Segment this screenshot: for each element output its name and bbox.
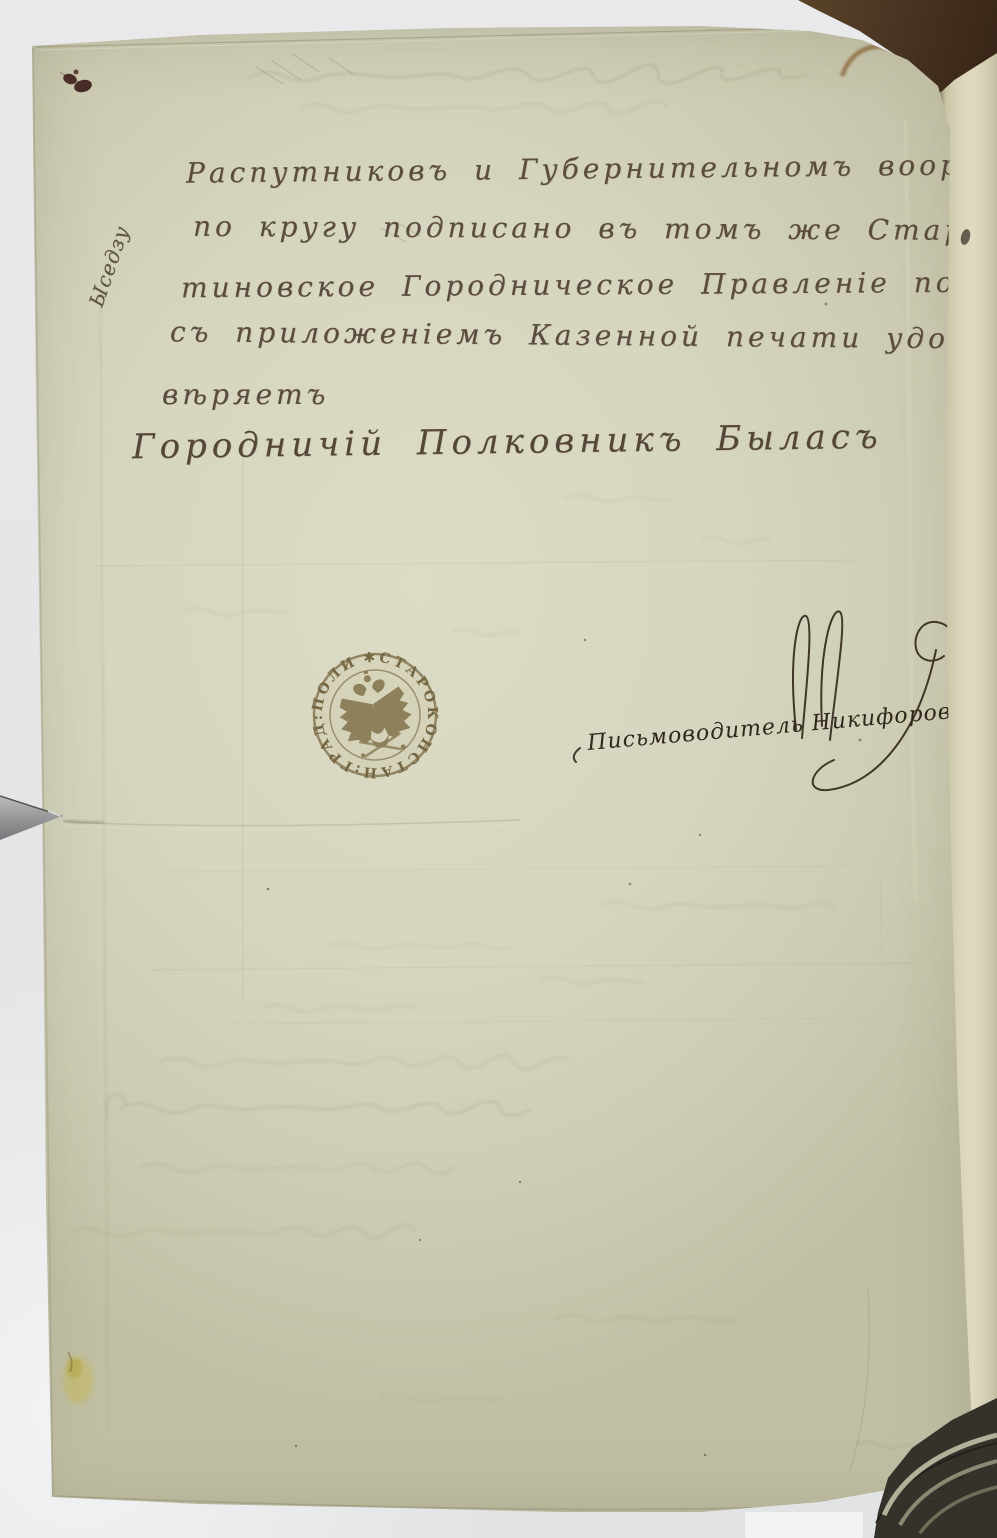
metal-pointer [0, 790, 70, 846]
manuscript-page: Ыседзу Распутниковъ и Губернительномъ во… [0, 0, 997, 1538]
archival-photo: Ыседзу Распутниковъ и Губернительномъ во… [0, 0, 997, 1538]
underlying-paper-sliver [745, 1512, 863, 1538]
page-edge-vignette [0, 0, 997, 1538]
book-corner-shadow [870, 1395, 997, 1538]
